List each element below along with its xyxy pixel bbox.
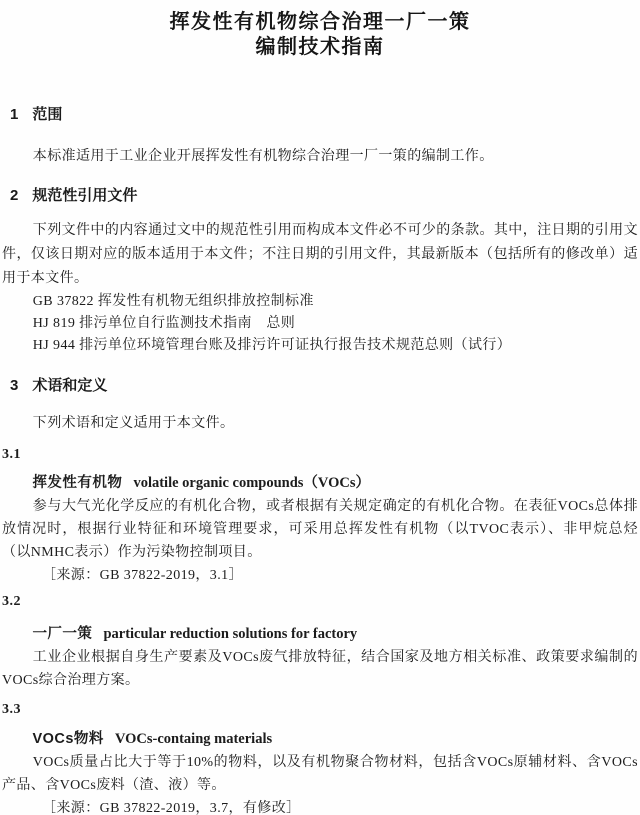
- document-title: 挥发性有机物综合治理一厂一策 编制技术指南: [2, 10, 638, 60]
- term-3-3-definition: VOCs质量占比大于等于10%的物料，以及有机物聚合物材料，包括含VOCs原辅材…: [2, 751, 638, 797]
- term-3-1: 3.1 挥发性有机物volatile organic compounds（VOC…: [2, 446, 638, 587]
- term-3-2-name-en: particular reduction solutions for facto…: [103, 626, 357, 642]
- section-3-title: 术语和定义: [32, 377, 107, 394]
- term-3-2: 3.2 一厂一策particular reduction solutions f…: [2, 593, 638, 692]
- term-3-3-number: 3.3: [2, 701, 638, 719]
- term-3-1-number: 3.1: [2, 446, 638, 464]
- reference-item-hj819: HJ 819 排污单位自行监测技术指南 总则: [2, 313, 638, 335]
- term-3-1-heading: 挥发性有机物volatile organic compounds（VOCs）: [2, 474, 638, 493]
- term-3-1-definition: 参与大气光化学反应的有机化合物，或者根据有关规定确定的有机化合物。在表征VOCs…: [2, 495, 638, 564]
- section-2-paragraph: 下列文件中的内容通过文中的规范性引用而构成本文件必不可少的条款。其中，注日期的引…: [2, 219, 638, 291]
- term-3-2-name-cn: 一厂一策: [32, 626, 92, 642]
- document-title-line-1: 挥发性有机物综合治理一厂一策: [2, 10, 638, 35]
- section-3-number: 3: [10, 377, 18, 394]
- section-3-intro: 下列术语和定义适用于本文件。: [2, 412, 638, 435]
- section-1-paragraph: 本标准适用于工业企业开展挥发性有机物综合治理一厂一策的编制工作。: [2, 145, 638, 168]
- reference-item-hj944: HJ 944 排污单位环境管理台账及排污许可证执行报告技术规范总则（试行）: [2, 335, 638, 357]
- term-3-1-name-en: volatile organic compounds（VOCs）: [133, 475, 370, 491]
- reference-item-gb37822: GB 37822 挥发性有机物无组织排放控制标准: [2, 291, 638, 313]
- term-3-3-source: ［来源：GB 37822-2019，3.7，有修改］: [2, 797, 638, 815]
- term-3-3: 3.3 VOCs物料VOCs-containg materials VOCs质量…: [2, 701, 638, 815]
- section-1-title: 范围: [32, 106, 62, 123]
- section-1-number: 1: [10, 106, 18, 123]
- term-3-1-source: ［来源：GB 37822-2019，3.1］: [2, 564, 638, 587]
- term-3-3-name-en: VOCs-containg materials: [115, 731, 272, 747]
- section-2-heading: 2规范性引用文件: [2, 187, 638, 205]
- term-3-1-name-cn: 挥发性有机物: [32, 475, 122, 491]
- term-3-2-definition: 工业企业根据自身生产要素及VOCs废气排放特征，结合国家及地方相关标准、政策要求…: [2, 646, 638, 692]
- term-3-2-number: 3.2: [2, 593, 638, 611]
- term-3-3-heading: VOCs物料VOCs-containg materials: [2, 730, 638, 749]
- section-1-heading: 1范围: [2, 106, 638, 124]
- section-2-number: 2: [10, 187, 18, 204]
- section-2-title: 规范性引用文件: [32, 187, 137, 204]
- reference-list: GB 37822 挥发性有机物无组织排放控制标准 HJ 819 排污单位自行监测…: [2, 291, 638, 357]
- term-3-2-heading: 一厂一策particular reduction solutions for f…: [2, 625, 638, 644]
- document-title-line-2: 编制技术指南: [2, 35, 638, 60]
- term-3-3-name-cn: VOCs物料: [32, 731, 104, 747]
- section-3-heading: 3术语和定义: [2, 377, 638, 395]
- document-page: 挥发性有机物综合治理一厂一策 编制技术指南 1范围 本标准适用于工业企业开展挥发…: [0, 0, 640, 815]
